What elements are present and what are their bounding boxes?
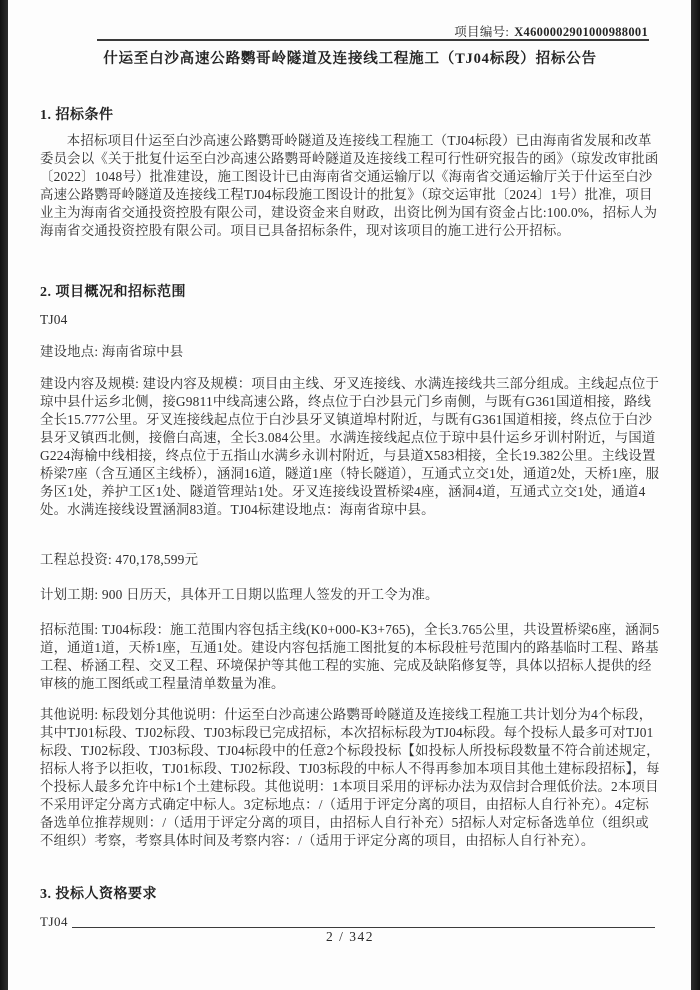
build-location: 建设地点: 海南省琼中县 — [40, 343, 660, 361]
planned-duration: 计划工期: 900 日历天，具体开工日期以监理人签发的开工令为准。 — [40, 586, 660, 604]
page-title: 什运至白沙高速公路鹦哥岭隧道及连接线工程施工（TJ04标段）招标公告 — [80, 47, 620, 68]
footer-tag: TJ04 — [40, 914, 68, 930]
page-indicator: 2 / 342 — [40, 929, 660, 945]
project-number-value: X4600002901000988001 — [514, 25, 648, 39]
header-divider — [97, 39, 649, 41]
project-number: 项目编号:X4600002901000988001 — [454, 22, 648, 40]
scan-edge-right — [691, 0, 700, 990]
document-page: 项目编号:X4600002901000988001 什运至白沙高速公路鹦哥岭隧道… — [40, 0, 660, 990]
bid-scope: 招标范围: TJ04标段：施工范围内容包括主线(K0+000-K3+765)，全… — [40, 621, 660, 693]
section-2-tag: TJ04 — [40, 311, 660, 329]
total-investment: 工程总投资: 470,178,599元 — [40, 551, 660, 569]
section-3-heading: 3. 投标人资格要求 — [40, 883, 157, 903]
project-number-label: 项目编号: — [454, 25, 509, 39]
build-scope: 建设内容及规模: 建设内容及规模：项目由主线、牙叉连接线、水满连接线共三部分组成… — [40, 375, 660, 519]
scan-edge-left — [0, 0, 8, 990]
footer: TJ04 — [40, 914, 660, 930]
section-1-heading: 1. 招标条件 — [40, 104, 114, 124]
footer-divider — [72, 927, 655, 928]
section-2-heading: 2. 项目概况和招标范围 — [40, 281, 186, 301]
section-1-body: 本招标项目什运至白沙高速公路鹦哥岭隧道及连接线工程施工（TJ04标段）已由海南省… — [40, 132, 660, 240]
other-notes: 其他说明: 标段划分其他说明：什运至白沙高速公路鹦哥岭隧道及连接线工程施工共计划… — [40, 706, 660, 850]
